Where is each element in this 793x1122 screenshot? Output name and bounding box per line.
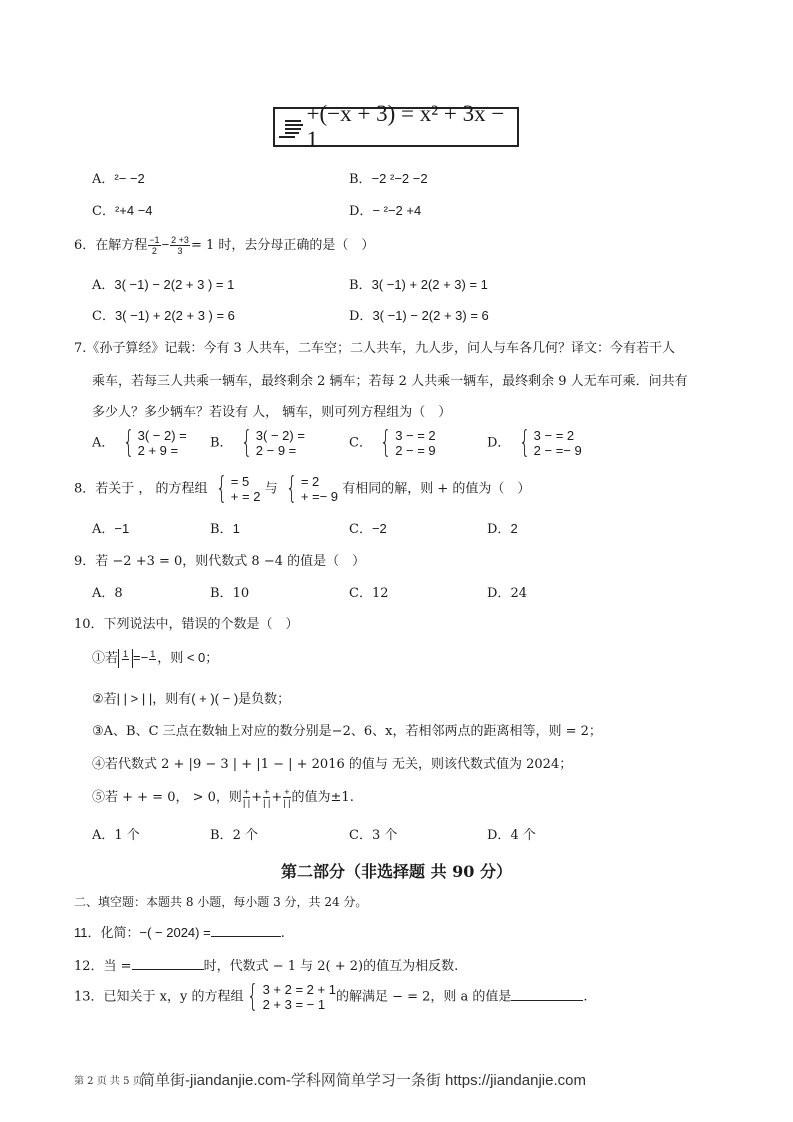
operator: − bbox=[162, 237, 170, 252]
system-row: = 5 bbox=[231, 474, 261, 489]
q8-option-b[interactable]: B．1 bbox=[210, 518, 240, 537]
q9-option-b[interactable]: B．10 bbox=[210, 582, 249, 601]
option-label: B． bbox=[349, 278, 372, 293]
brace-icon: { bbox=[241, 428, 252, 458]
equation-text: +(−x + 3) = x² + 3x − 1 bbox=[307, 101, 517, 153]
q7-option-c[interactable]: C． {3 − = 22 − = 9 bbox=[349, 428, 436, 458]
option-text: 3 个 bbox=[372, 828, 397, 843]
answer-blank[interactable] bbox=[211, 924, 281, 937]
denominator: | | bbox=[283, 798, 290, 808]
statement-text: ⑤若 + + = 0， > 0，则 bbox=[92, 790, 242, 805]
answer-blank[interactable] bbox=[511, 988, 583, 1001]
q8-option-a[interactable]: A．−1 bbox=[92, 518, 129, 537]
option-label: D． bbox=[487, 586, 510, 601]
system-row: + =− 9 bbox=[301, 489, 338, 504]
section-heading: 二、填空题：本题共 8 小题，每小题 3 分，共 24 分。 bbox=[74, 893, 367, 910]
equation-system-2: { = 2 + =− 9 bbox=[282, 474, 338, 504]
equation-system: {3( − 2) = 2 − 9 = bbox=[237, 428, 305, 458]
option-text: 1 个 bbox=[114, 828, 139, 843]
option-text: 8 bbox=[114, 586, 122, 601]
q5-option-a[interactable]: A．²− −2 bbox=[92, 168, 145, 187]
q9-option-d[interactable]: D．24 bbox=[487, 582, 527, 601]
option-label: C． bbox=[349, 522, 372, 537]
numerator: 2 +3 bbox=[170, 235, 190, 246]
option-label: D． bbox=[487, 522, 510, 537]
statement-text: =− bbox=[133, 650, 148, 665]
statement-5: ⑤若 + + = 0， > 0，则+| |++| |++| |的值为±1. bbox=[92, 786, 354, 808]
option-text: 4 个 bbox=[510, 828, 535, 843]
question-text: 与 bbox=[265, 482, 278, 497]
question-text: 的解满足 − = 2，则 a 的值是 bbox=[336, 990, 511, 1005]
page-number: 第 2 页 共 5 页 bbox=[74, 1076, 143, 1087]
option-text: 24 bbox=[510, 586, 527, 601]
question-text: 12．当 = bbox=[74, 959, 132, 974]
part-2-title: 第二部分（非选择题 共 90 分） bbox=[0, 859, 793, 882]
brace-icon: { bbox=[286, 474, 297, 504]
option-label: C． bbox=[92, 309, 115, 324]
system-row: = 2 bbox=[301, 474, 338, 489]
system-row: 3 − = 2 bbox=[395, 428, 435, 443]
fraction: +| | bbox=[263, 787, 270, 808]
option-text: −2 bbox=[372, 521, 387, 536]
denominator: 2 bbox=[152, 246, 157, 256]
q9-option-a[interactable]: A．8 bbox=[92, 582, 123, 601]
option-text: 2 bbox=[510, 521, 517, 536]
option-label: D． bbox=[487, 436, 510, 451]
system-row: 2 − 9 = bbox=[256, 443, 305, 458]
numerator: 1 bbox=[149, 649, 156, 660]
equation-system: { 3 − = 22 − =− 9 bbox=[515, 428, 582, 458]
equation-box: +(−x + 3) = x² + 3x − 1 bbox=[273, 107, 519, 147]
option-text: ²+4 −4 bbox=[115, 203, 153, 218]
statement-1: ①若1=−1，则 < 0； bbox=[92, 647, 218, 668]
question-12: 12．当 =时，代数式 − 1 与 2( + 2)的值互为相反数. bbox=[74, 955, 458, 974]
option-text: 3( −1) − 2(2 + 3 ) = 1 bbox=[114, 277, 234, 292]
q6-option-b[interactable]: B．3( −1) + 2(2 + 3) = 1 bbox=[349, 274, 488, 293]
statement-3: ③A、B、C 三点在数轴上对应的数分别是−2、6、x，若相邻两点的距离相等，则 … bbox=[92, 720, 602, 739]
option-text: 1 bbox=[233, 521, 240, 536]
brace-icon: { bbox=[216, 474, 227, 504]
q6-option-c[interactable]: C．3( −1) + 2(2 + 3 ) = 6 bbox=[92, 305, 235, 324]
numerator: 1 bbox=[122, 649, 129, 660]
question-13: 13．已知关于 x，y 的方程组{3 + 2 = 2 + 12 + 3 = − … bbox=[74, 982, 588, 1012]
page-footer: 第 2 页 共 5 页 bbox=[74, 1070, 143, 1088]
system-row: 3( − 2) = bbox=[256, 428, 305, 443]
question-number: 6． bbox=[74, 238, 95, 253]
option-label: A． bbox=[92, 586, 114, 601]
option-text: 3( −1) + 2(2 + 3) = 1 bbox=[372, 277, 488, 292]
option-label: C． bbox=[349, 828, 372, 843]
question-6: 6．在解方程−12−2 +33= 1 时，去分母正确的是（ ） bbox=[74, 234, 374, 256]
option-label: B． bbox=[210, 436, 233, 451]
option-label: D． bbox=[349, 309, 372, 324]
statement-4: ④若代数式 2 + |9 − 3 | + |1 − | + 2016 的值与 无… bbox=[92, 753, 572, 772]
operator: + bbox=[251, 790, 262, 805]
system-row: 2 + 3 = − 1 bbox=[263, 997, 336, 1012]
q8-option-c[interactable]: C．−2 bbox=[349, 518, 387, 537]
question-text: 在解方程 bbox=[95, 238, 147, 253]
q7-option-b[interactable]: B． {3( − 2) = 2 − 9 = bbox=[210, 428, 305, 458]
q10-option-a[interactable]: A．1 个 bbox=[92, 824, 140, 843]
fraction: +| | bbox=[243, 787, 250, 808]
option-label: B． bbox=[210, 586, 233, 601]
numerator: −1 bbox=[148, 235, 160, 246]
question-7-line3: 多少人？多少辆车？若设有 人， 辆车，则可列方程组为（ ） bbox=[92, 401, 451, 420]
denominator: | | bbox=[263, 798, 270, 808]
option-text: ²− −2 bbox=[114, 171, 144, 186]
system-row: 2 − =− 9 bbox=[534, 443, 582, 458]
option-label: A． bbox=[92, 278, 114, 293]
statement-text: ①若 bbox=[92, 651, 118, 666]
denominator: 3 bbox=[178, 246, 183, 256]
q7-option-d[interactable]: D． { 3 − = 22 − =− 9 bbox=[487, 428, 582, 458]
question-9: 9．若 −2 +3 = 0，则代数式 8 −4 的值是（ ） bbox=[74, 550, 365, 569]
q6-option-d[interactable]: D．3( −1) − 2(2 + 3) = 6 bbox=[349, 305, 489, 324]
brace-icon: { bbox=[247, 982, 258, 1012]
question-text: . bbox=[281, 926, 285, 941]
question-text: 8．若关于 ， 的方程组 bbox=[74, 482, 208, 497]
question-text: 时，代数式 − 1 与 2( + 2)的值互为相反数. bbox=[204, 959, 459, 974]
question-7-line2: 乘车，若每三人共乘一辆车，最终剩余 2 辆车；若每 2 人共乘一辆车，最终剩余 … bbox=[92, 370, 688, 389]
option-label: A． bbox=[92, 522, 114, 537]
option-label: C． bbox=[92, 204, 115, 219]
option-text: −1 bbox=[114, 521, 129, 536]
option-text: − ²−2 +4 bbox=[372, 203, 421, 218]
option-label: B． bbox=[349, 172, 372, 187]
option-label: C． bbox=[349, 586, 372, 601]
watermark: 简单街-jiandanjie.com-学科网简单学习一条街 https://ji… bbox=[140, 1069, 586, 1090]
q10-option-b[interactable]: B．2 个 bbox=[210, 824, 258, 843]
option-text: −2 ²−2 −2 bbox=[372, 171, 428, 186]
question-text: 11．化简：−( − 2024) = bbox=[74, 925, 211, 940]
option-text: 2 个 bbox=[233, 828, 258, 843]
equation-system: {3 − = 22 − = 9 bbox=[376, 428, 436, 458]
q8-option-d[interactable]: D．2 bbox=[487, 518, 518, 537]
statement-2: ②若| | > | |，则有( + )( − )是负数； bbox=[92, 688, 290, 707]
numerator: + bbox=[243, 787, 250, 798]
q10-option-c[interactable]: C．3 个 bbox=[349, 824, 397, 843]
fraction: 1 bbox=[149, 649, 156, 668]
option-label: D． bbox=[487, 828, 510, 843]
operator: + bbox=[271, 790, 282, 805]
q5-option-b[interactable]: B．−2 ²−2 −2 bbox=[349, 168, 428, 187]
numerator: + bbox=[283, 787, 290, 798]
answer-blank[interactable] bbox=[132, 957, 204, 970]
system-row: + = 2 bbox=[231, 489, 261, 504]
option-label: B． bbox=[210, 828, 233, 843]
covered-expression-icon bbox=[283, 118, 305, 136]
system-row: 3( − 2) = bbox=[138, 428, 187, 443]
numerator: + bbox=[263, 787, 270, 798]
q6-option-a[interactable]: A．3( −1) − 2(2 + 3 ) = 1 bbox=[92, 274, 234, 293]
question-text: . bbox=[583, 990, 587, 1005]
option-label: C． bbox=[349, 436, 372, 451]
equation-system-1: { = 5 + = 2 bbox=[212, 474, 261, 504]
question-7-line1: 7.《孙子算经》记载：今有 3 人共车，二车空；二人共车，九人步，问人与车各几何… bbox=[74, 337, 675, 356]
option-label: A． bbox=[92, 172, 114, 187]
option-label: D． bbox=[349, 204, 372, 219]
question-10: 10．下列说法中，错误的个数是（ ） bbox=[74, 613, 299, 632]
q5-option-d[interactable]: D．− ²−2 +4 bbox=[349, 200, 421, 219]
question-text: 13．已知关于 x，y 的方程组 bbox=[74, 990, 243, 1005]
q7-option-a[interactable]: A． {3( − 2) = 2 + 9 = bbox=[92, 428, 187, 458]
fraction: 1 bbox=[122, 649, 129, 668]
fraction: 2 +33 bbox=[170, 235, 190, 256]
statement-text: ，则 < 0； bbox=[157, 650, 218, 665]
system-row: 3 − = 2 bbox=[534, 428, 582, 443]
question-text: = 1 时，去分母正确的是（ ） bbox=[191, 238, 374, 253]
q9-option-c[interactable]: C．12 bbox=[349, 582, 389, 601]
question-11: 11．化简：−( − 2024) =. bbox=[74, 922, 285, 941]
option-text: 12 bbox=[372, 586, 389, 601]
question-8: 8．若关于 ， 的方程组 { = 5 + = 2 与 { = 2 + =− 9 … bbox=[74, 474, 530, 504]
option-text: 3( −1) − 2(2 + 3) = 6 bbox=[372, 308, 488, 323]
system-row: 2 + 9 = bbox=[138, 443, 187, 458]
option-label: B． bbox=[210, 522, 233, 537]
option-text: 10 bbox=[233, 586, 250, 601]
question-text: 有相同的解，则 + 的值为（ ） bbox=[342, 482, 530, 497]
brace-icon: { bbox=[380, 428, 391, 458]
system-row: 3 + 2 = 2 + 1 bbox=[263, 982, 336, 997]
option-label: A． bbox=[92, 828, 114, 843]
absolute-value: 1 bbox=[118, 649, 133, 668]
brace-icon: { bbox=[518, 428, 529, 458]
option-label: A． bbox=[92, 436, 114, 451]
q10-option-d[interactable]: D．4 个 bbox=[487, 824, 536, 843]
option-text: 3( −1) + 2(2 + 3 ) = 6 bbox=[115, 308, 235, 323]
denominator: | | bbox=[243, 798, 250, 808]
q5-option-c[interactable]: C．²+4 −4 bbox=[92, 200, 153, 219]
brace-icon: { bbox=[122, 428, 133, 458]
equation-system: {3( − 2) = 2 + 9 = bbox=[119, 428, 187, 458]
system-row: 2 − = 9 bbox=[395, 443, 435, 458]
equation-system: {3 + 2 = 2 + 12 + 3 = − 1 bbox=[243, 982, 335, 1012]
fraction: −12 bbox=[148, 235, 160, 256]
fraction: +| | bbox=[283, 787, 290, 808]
statement-text: 的值为±1. bbox=[292, 790, 354, 805]
